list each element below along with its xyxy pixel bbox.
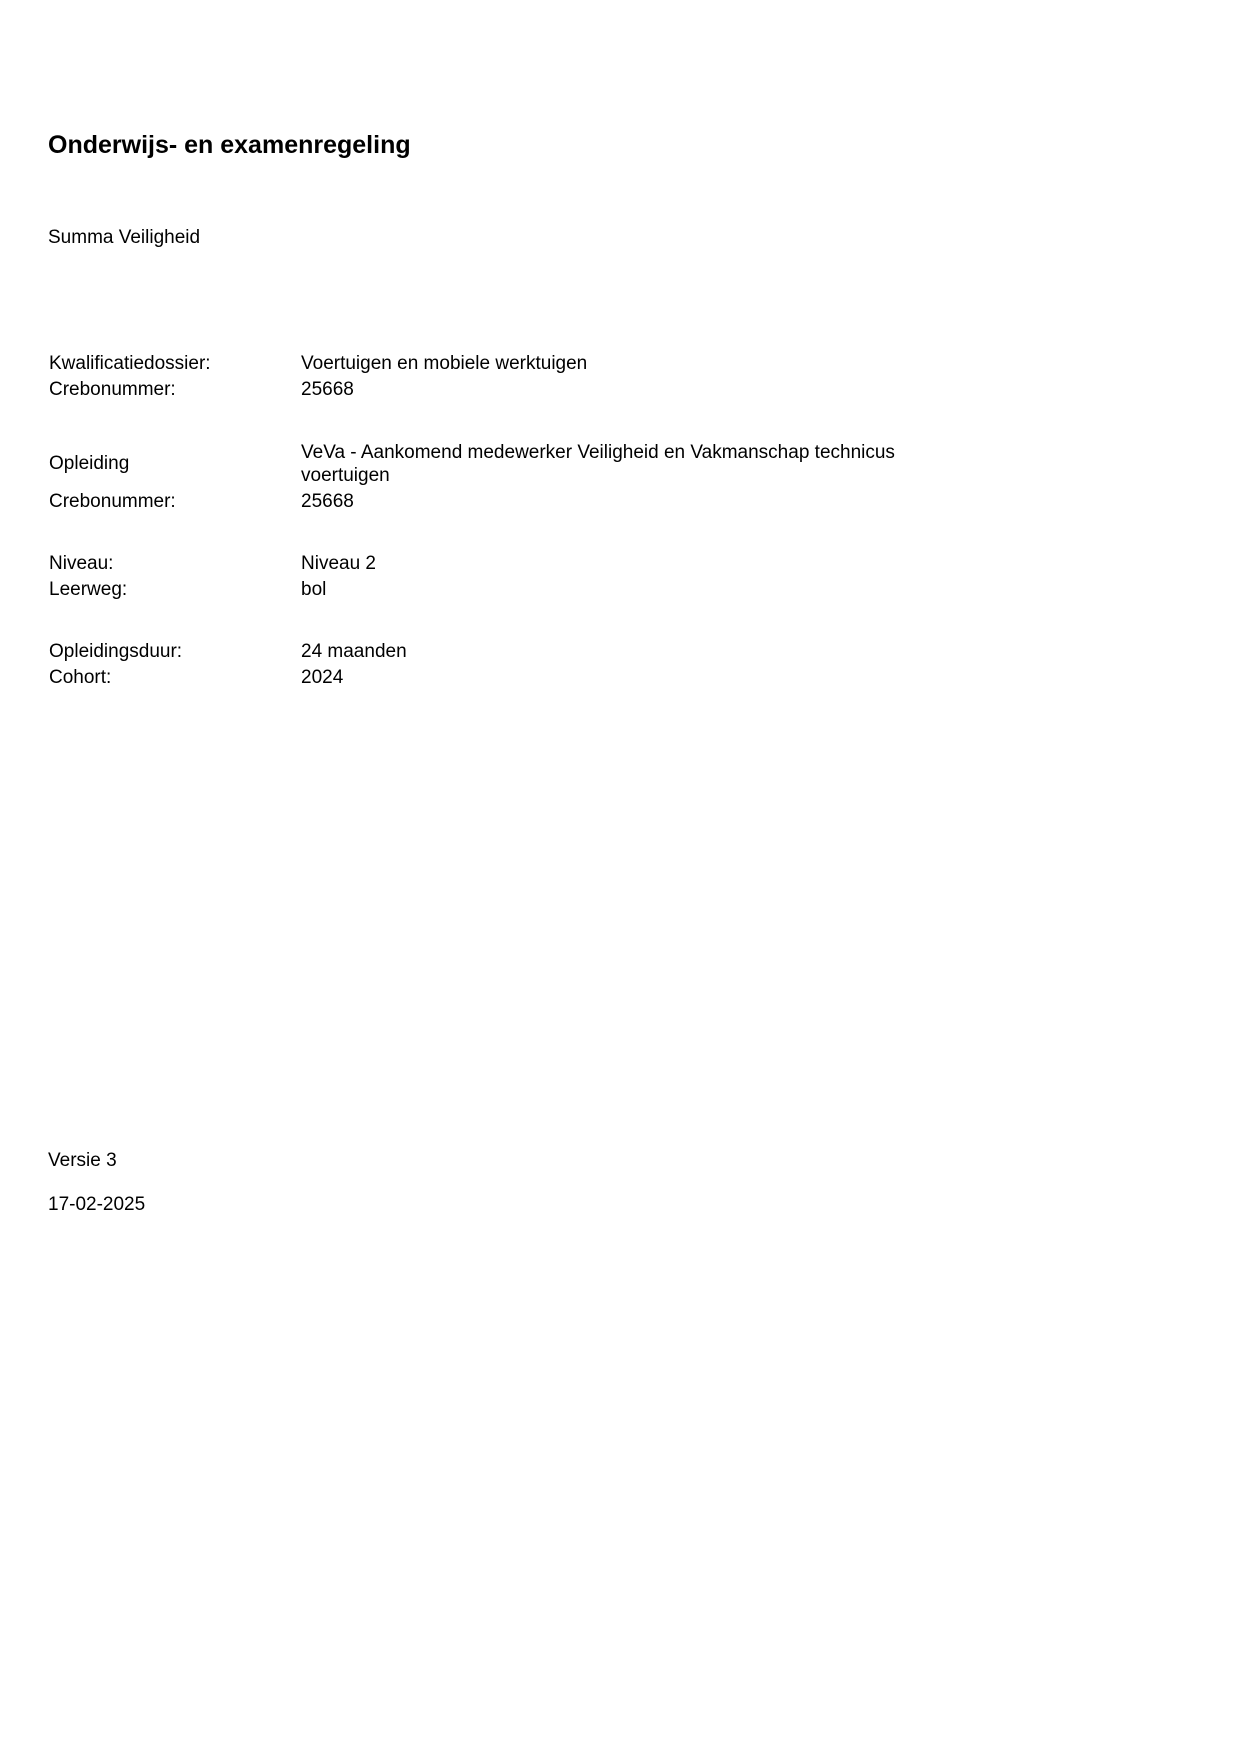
- niveau-label: Niveau:: [49, 552, 113, 575]
- opleiding-value: VeVa - Aankomend medewerker Veiligheid e…: [301, 441, 981, 487]
- cohort-value: 2024: [301, 666, 981, 689]
- organization-name: Summa Veiligheid: [48, 226, 200, 250]
- crebonummer-opleiding-label: Crebonummer:: [49, 490, 176, 513]
- opleidingsduur-value: 24 maanden: [301, 640, 981, 663]
- crebonummer-dossier-value: 25668: [301, 378, 981, 401]
- document-title: Onderwijs- en examenregeling: [48, 130, 411, 160]
- version-text: Versie 3: [48, 1149, 117, 1173]
- kwalificatiedossier-label: Kwalificatiedossier:: [49, 352, 211, 375]
- crebonummer-dossier-label: Crebonummer:: [49, 378, 176, 401]
- niveau-value: Niveau 2: [301, 552, 981, 575]
- opleidingsduur-label: Opleidingsduur:: [49, 640, 182, 663]
- document-page: Onderwijs- en examenregeling Summa Veili…: [0, 0, 1240, 1755]
- leerweg-label: Leerweg:: [49, 578, 127, 601]
- crebonummer-opleiding-value: 25668: [301, 490, 981, 513]
- cohort-label: Cohort:: [49, 666, 111, 689]
- date-text: 17-02-2025: [48, 1193, 145, 1217]
- opleiding-label: Opleiding: [49, 452, 129, 475]
- kwalificatiedossier-value: Voertuigen en mobiele werktuigen: [301, 352, 981, 375]
- leerweg-value: bol: [301, 578, 981, 601]
